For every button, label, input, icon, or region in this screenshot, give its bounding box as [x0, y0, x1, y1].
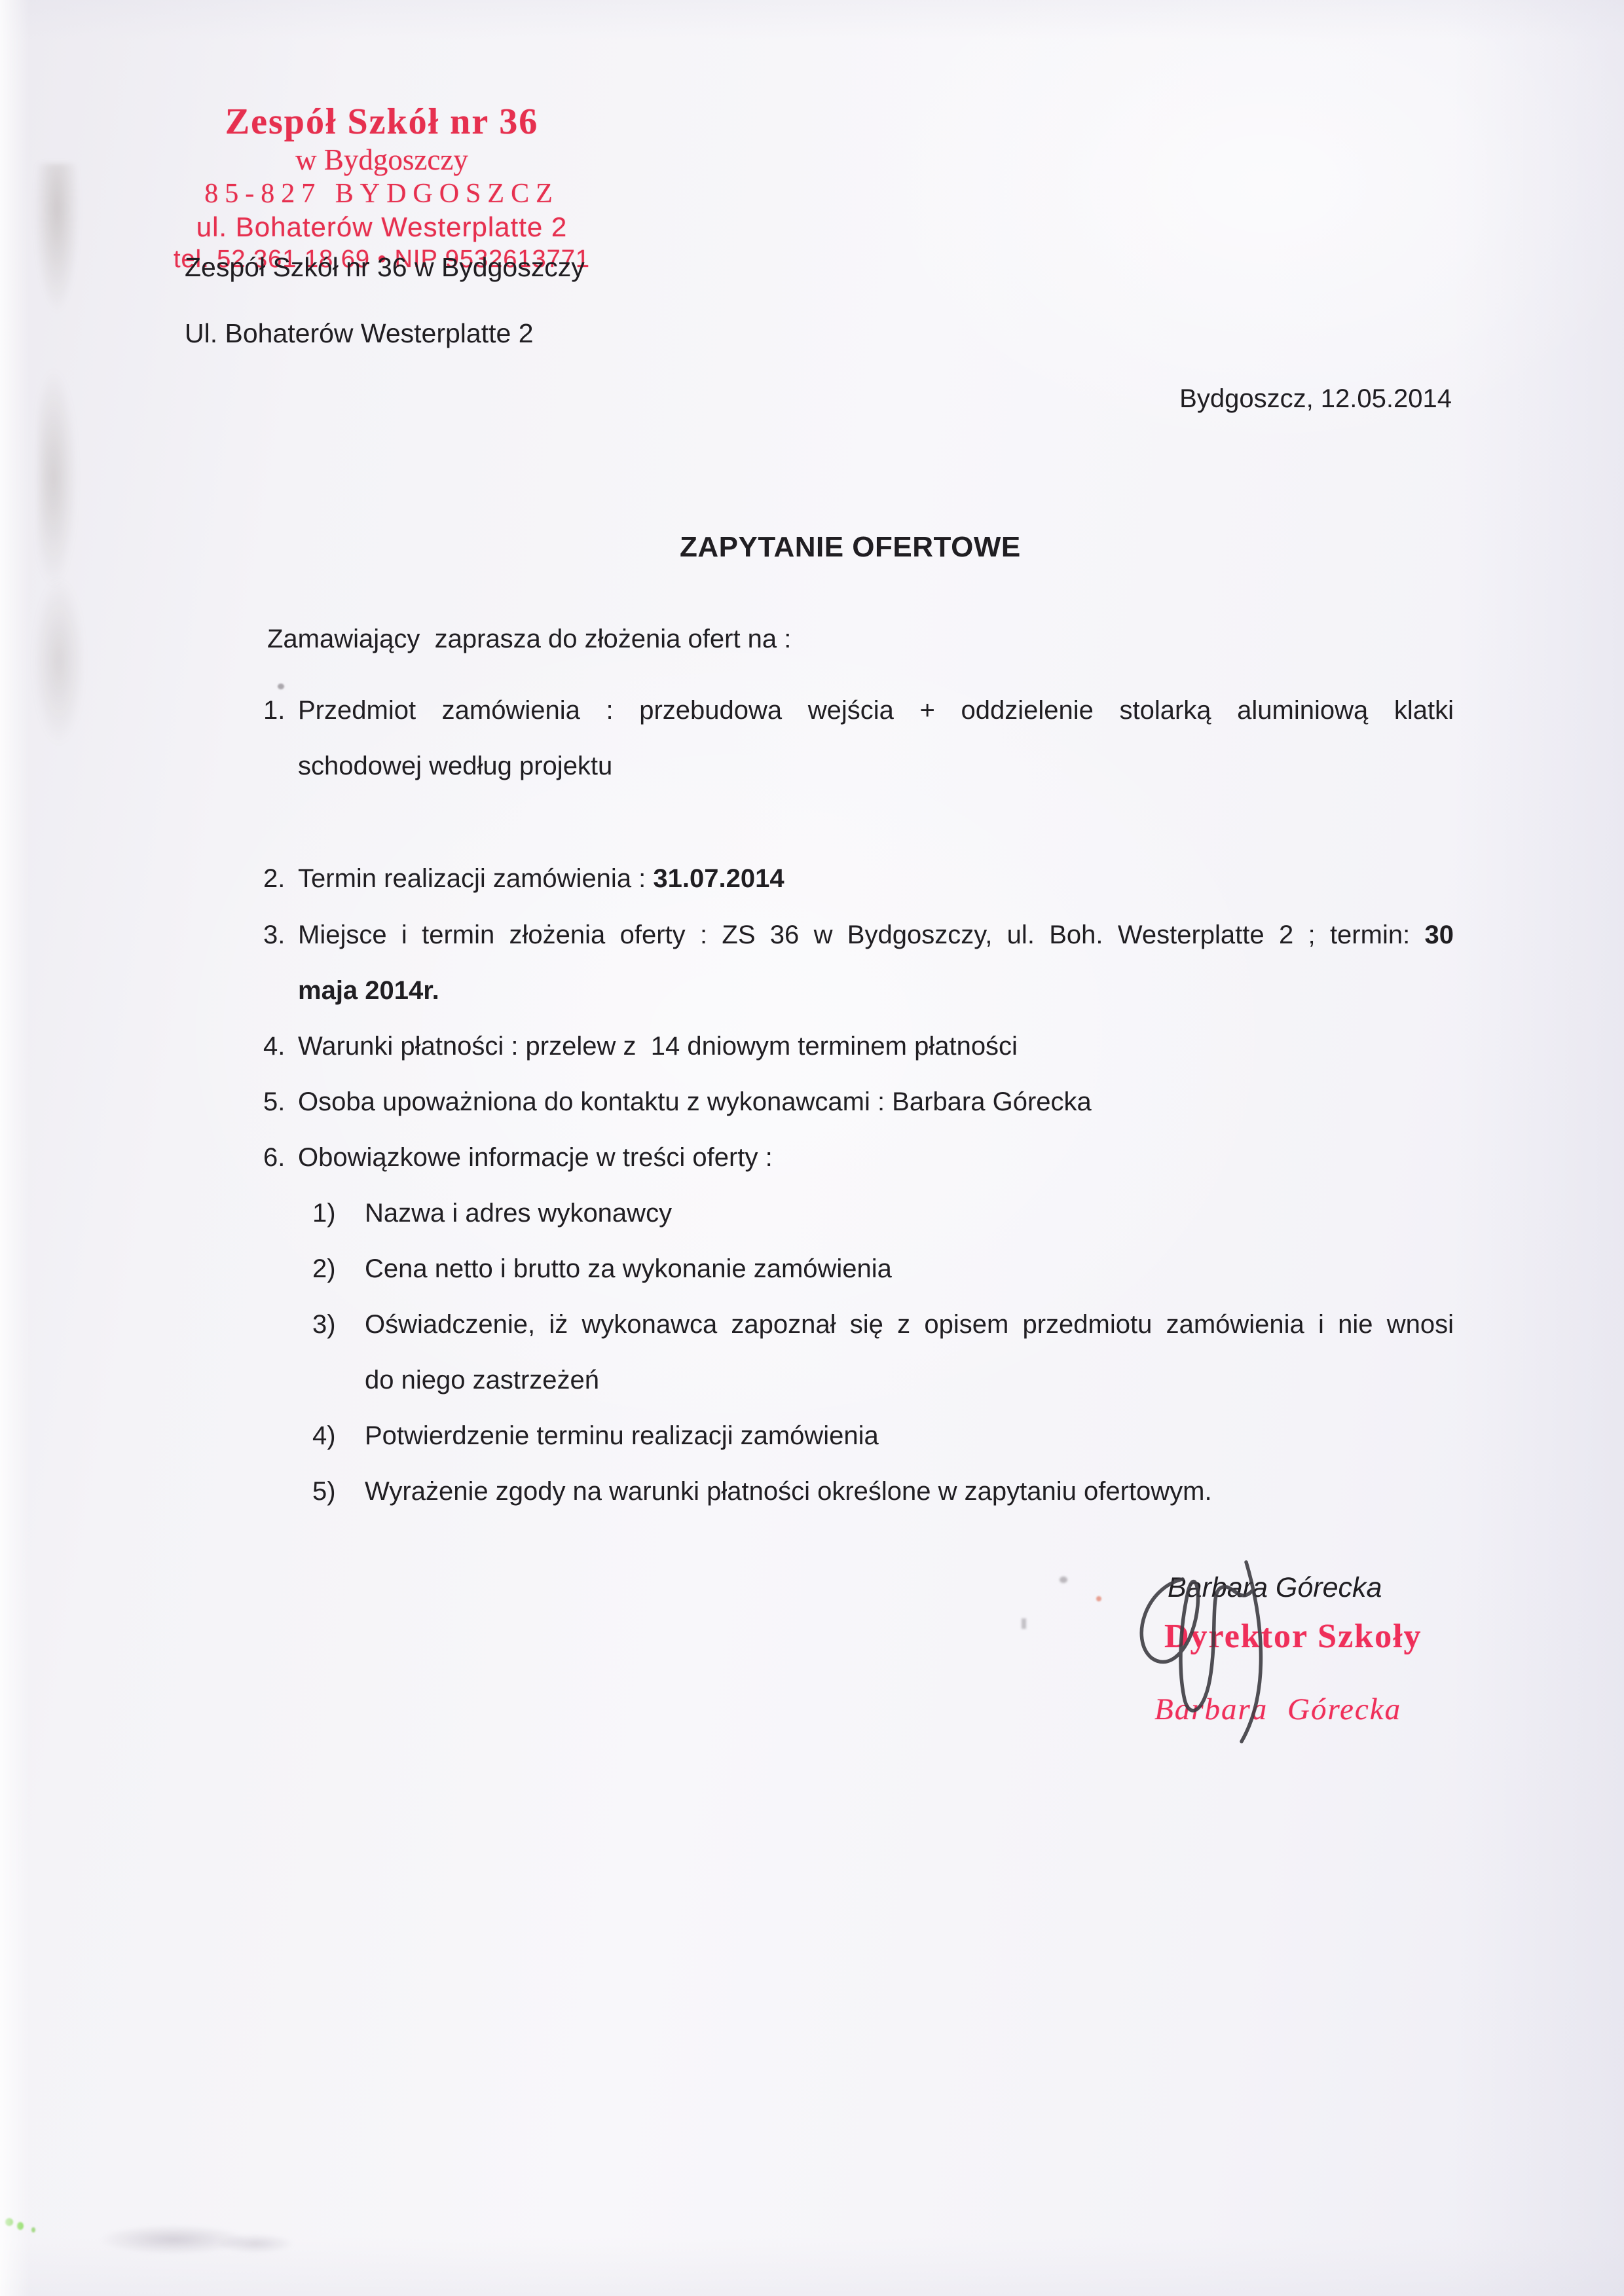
subitem-5-number: 5)	[312, 1478, 352, 1504]
letterhead-street: Ul. Bohaterów Westerplatte 2	[185, 320, 534, 347]
subitem-3-line-1: Oświadczenie, iż wykonawca zapoznał się …	[365, 1311, 1454, 1338]
stamp-street: ul. Bohaterów Westerplatte 2	[169, 213, 595, 241]
document-title: ZAPYTANIE OFERTOWE	[680, 533, 1021, 562]
scan-speck-signature-1	[1060, 1576, 1067, 1583]
scan-smudge-left-3	[33, 576, 85, 746]
scanned-document-page: Zespół Szkół nr 36 w Bydgoszczy 85-827 B…	[0, 0, 1624, 2296]
item-6-text: Obowiązkowe informacje w treści oferty :	[298, 1144, 1454, 1171]
scan-speck-green-1	[5, 2218, 13, 2226]
date-line: Bydgoszcz, 12.05.2014	[1179, 386, 1452, 412]
item-2-text-regular: Termin realizacji zamówienia :	[298, 864, 653, 893]
item-2-number: 2.	[263, 866, 296, 892]
item-4-text: Warunki płatności : przelew z 14 dniowym…	[298, 1033, 1454, 1059]
item-1-number: 1.	[263, 697, 296, 723]
item-5-number: 5.	[263, 1089, 296, 1115]
intro-line: Zamawiający zaprasza do złożenia ofert n…	[267, 626, 791, 652]
subitem-4-text: Potwierdzenie terminu realizacji zamówie…	[365, 1423, 1454, 1449]
item-4-number: 4.	[263, 1033, 296, 1059]
handwritten-signature	[1112, 1540, 1335, 1756]
stamp-school-name: Zespół Szkół nr 36	[169, 103, 595, 140]
subitem-5-text: Wyrażenie zgody na warunki płatności okr…	[365, 1478, 1454, 1504]
item-1-line-1: Przedmiot zamówienia : przebudowa wejści…	[298, 697, 1454, 723]
subitem-2-number: 2)	[312, 1256, 352, 1282]
item-3-line-1: Miejsce i termin złożenia oferty : ZS 36…	[298, 922, 1454, 948]
scan-smudge-left-2	[38, 367, 77, 589]
item-3-number: 3.	[263, 922, 296, 948]
item-3-deadline-bold: 30	[1425, 920, 1454, 949]
scan-speck-list	[278, 683, 284, 689]
stamp-postal-code: 85-827 BYDGOSZCZ	[169, 180, 595, 208]
item-6-number: 6.	[263, 1144, 296, 1171]
scan-smudge-bottom-2	[216, 2234, 295, 2253]
subitem-4-number: 4)	[312, 1423, 352, 1449]
scan-smudge-bottom-1	[98, 2225, 249, 2255]
item-1-line-2: schodowej według projektu	[298, 753, 1454, 779]
stamp-city: w Bydgoszczy	[169, 145, 595, 175]
letterhead-school-name: Zespół Szkół nr 36 w Bydgoszczy	[185, 254, 585, 281]
scan-smudge-left-1	[34, 164, 80, 314]
subitem-1-text: Nazwa i adres wykonawcy	[365, 1200, 1454, 1226]
subitem-1-number: 1)	[312, 1200, 352, 1226]
school-rubber-stamp: Zespół Szkół nr 36 w Bydgoszczy 85-827 B…	[169, 103, 595, 272]
subitem-3-line-2: do niego zastrzeżeń	[365, 1367, 1454, 1393]
scan-speck-green-3	[31, 2227, 35, 2232]
item-2-deadline-bold: 31.07.2014	[653, 864, 784, 893]
scan-speck-signature-2	[1096, 1596, 1101, 1601]
item-5-text: Osoba upoważniona do kontaktu z wykonawc…	[298, 1089, 1454, 1115]
scan-speck-signature-3	[1022, 1618, 1026, 1629]
item-3-text-regular: Miejsce i termin złożenia oferty : ZS 36…	[298, 920, 1425, 949]
scan-speck-green-2	[17, 2222, 24, 2230]
item-3-line-2: maja 2014r.	[298, 977, 1454, 1004]
subitem-2-text: Cena netto i brutto za wykonanie zamówie…	[365, 1256, 1454, 1282]
subitem-3-number: 3)	[312, 1311, 352, 1338]
item-2-text: Termin realizacji zamówienia : 31.07.201…	[298, 866, 1454, 892]
